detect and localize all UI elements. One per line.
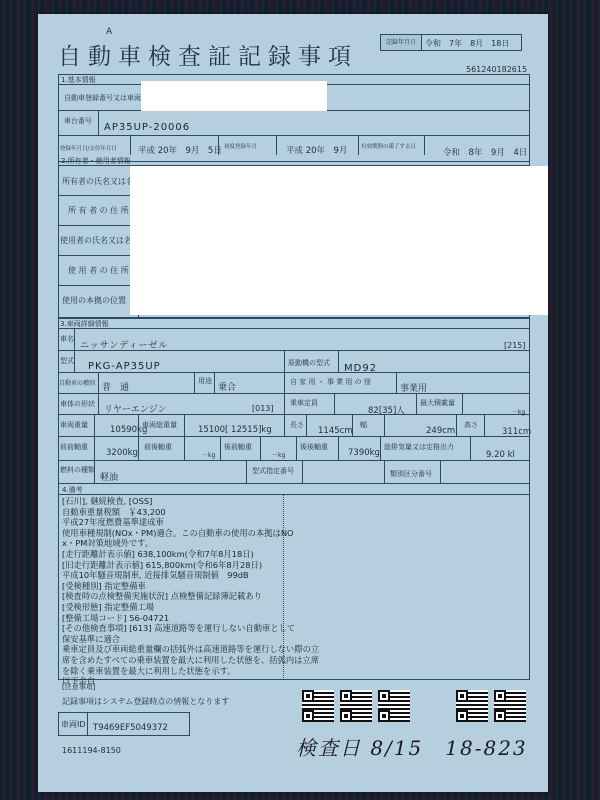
vehicle-type-label: 自動車の種別 <box>59 378 95 387</box>
gross-weight-value: 15100[ 12515]kg <box>198 425 272 435</box>
model-value: PKG-AP35UP <box>88 361 161 372</box>
gross-weight-label: 車両総重量 <box>142 420 177 430</box>
width-label: 幅 <box>360 420 367 430</box>
serial-number: 561240182615 <box>466 65 527 74</box>
length-label: 長さ <box>290 420 304 430</box>
first-registration-value: 平成 20年 9月 <box>286 144 347 156</box>
record-date-box: 記録年月日 令和 7年 8月 18日 <box>380 34 522 51</box>
remarks-text: [石川], 継続検査, [OSS] 自動車重量税額 ￥43,200 平成27年度… <box>62 496 319 687</box>
car-name-label: 車名 <box>60 334 74 344</box>
fuel-type-value: 軽油 <box>100 470 118 483</box>
notes-heading: [注意事項] <box>62 682 95 692</box>
vehicle-id-value: T9469EF5049372 <box>93 723 168 733</box>
rear-front-axle-label: 後前軸重 <box>224 442 252 452</box>
redacted-registration-number <box>141 81 327 111</box>
owner-address-label: 所 有 者 の 住 所 <box>68 205 129 216</box>
private-business-label: 自 家 用 ・ 事 業 用 の 別 <box>290 377 371 387</box>
qr-code-3 <box>378 690 410 722</box>
displacement-label: 総排気量又は定格出力 <box>384 442 454 452</box>
capacity-label: 乗車定員 <box>290 398 318 408</box>
front-front-axle-label: 前前軸重 <box>60 442 88 452</box>
footer-code: 1611194-8150 <box>62 746 121 755</box>
qr-code-1 <box>302 690 334 722</box>
category-number-label: 類別区分番号 <box>390 469 432 479</box>
qr-code-5 <box>494 690 526 722</box>
vehicle-id-label: 車両ID <box>61 719 86 730</box>
chassis-number-label: 車台番号 <box>64 116 92 126</box>
front-front-axle-value: 3200kg <box>106 448 138 458</box>
purpose-value: 乗合 <box>218 380 236 393</box>
registration-date-label: 登録年月日/交付年月日 <box>60 144 117 152</box>
handwritten-inspection-note: 検査日 8/15 18-823 <box>296 732 528 761</box>
qr-code-2 <box>340 690 372 722</box>
front-rear-axle-value: －kg <box>202 450 215 459</box>
redacted-owner-user-info <box>130 166 548 315</box>
vehicle-weight-label: 車両重量 <box>60 420 88 430</box>
record-date-label: 記録年月日 <box>381 35 422 50</box>
length-value: 1145cm <box>318 426 353 436</box>
height-label: 高さ <box>464 420 478 430</box>
record-date-value: 令和 7年 8月 18日 <box>425 38 509 49</box>
qr-code-4 <box>456 690 488 722</box>
registration-date-value: 平成 20年 9月 5日 <box>138 144 222 156</box>
fuel-type-label: 燃料の種類 <box>60 465 95 475</box>
notes-text: 記録事項はシステム登録時点の情報となります <box>62 696 229 707</box>
type-designation-label: 型式指定番号 <box>252 466 294 476</box>
document-title: 自動車検査証記録事項 <box>58 38 358 71</box>
vehicle-type-value: 普 通 <box>102 380 129 393</box>
user-address-label: 使 用 者 の 住 所 <box>68 265 129 276</box>
body-shape-code: [013] <box>252 404 274 413</box>
rear-front-axle-value: －kg <box>272 450 285 459</box>
front-rear-axle-label: 前後軸重 <box>144 442 172 452</box>
displacement-value: 9.20 kl <box>486 450 515 460</box>
chassis-number-value: AP35UP-20006 <box>104 122 190 133</box>
inspection-record-sheet: A 自動車検査証記録事項 記録年月日 令和 7年 8月 18日 56124018… <box>38 14 548 792</box>
width-value: 249cm <box>426 426 455 436</box>
vehicle-id-box: 車両ID T9469EF5049372 <box>58 712 190 736</box>
rear-rear-axle-value: 7390kg <box>348 448 380 458</box>
user-name-label: 使用者の氏名又は名称 <box>60 235 140 246</box>
first-registration-label: 初度登録年月 <box>224 142 257 150</box>
base-location-label: 使用の本拠の位置 <box>62 295 126 306</box>
body-shape-label: 車体の形状 <box>60 399 95 409</box>
purpose-label: 用途 <box>198 376 212 386</box>
model-label: 型式 <box>60 356 74 366</box>
engine-model-label: 原動機の型式 <box>288 358 330 368</box>
expiry-date-label: 有効期間の満了する日 <box>361 142 416 150</box>
max-load-label: 最大積載量 <box>420 398 455 408</box>
form-letter: A <box>106 27 112 37</box>
car-name-code: [215] <box>504 341 526 350</box>
rear-rear-axle-label: 後後軸重 <box>300 442 328 452</box>
